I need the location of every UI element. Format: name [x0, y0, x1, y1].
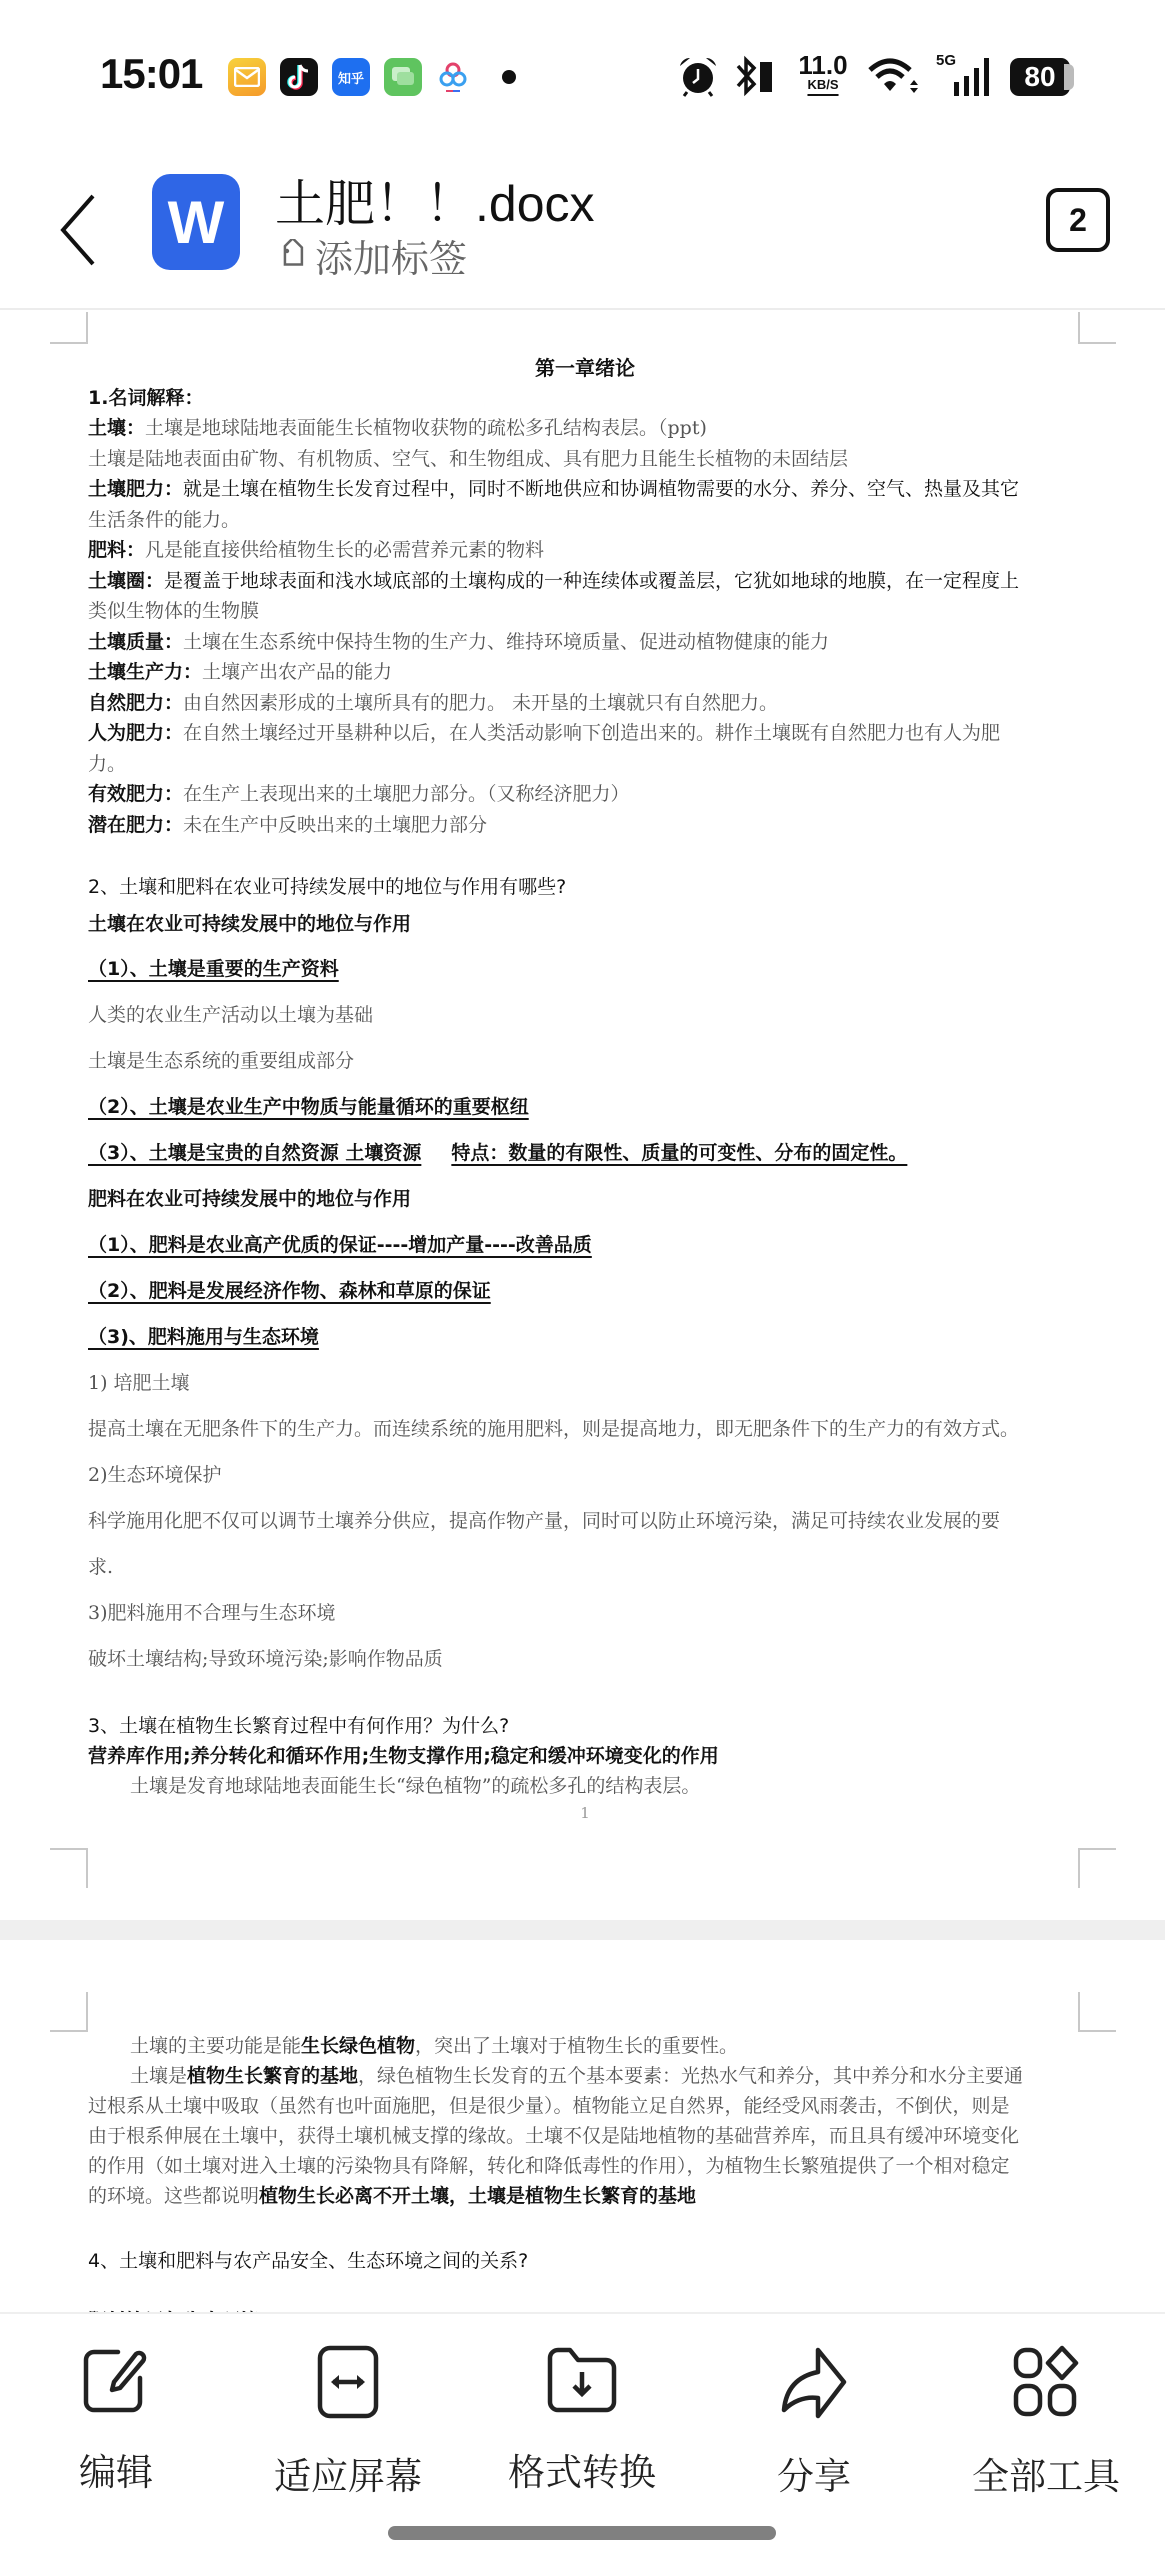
add-tag-label: 添加标签: [315, 228, 467, 283]
messages-app-icon: [384, 58, 422, 96]
paragraph: 破坏土壤结构;导致环境污染;影响作物品质: [88, 1648, 443, 1671]
fit-screen-icon: [315, 2344, 381, 2420]
paragraph: 过根系从土壤中吸取（虽然有也叶面施肥，但是很少量）。植物能立足自然界，能经受风雨…: [88, 2095, 1010, 2118]
share-label: 分享: [777, 2446, 851, 2500]
format-convert-button[interactable]: 格式转换: [482, 2344, 682, 2494]
alarm-icon: [676, 54, 720, 98]
page-corner-mark: [1078, 1992, 1116, 2032]
zhihu-app-icon: 知乎: [332, 58, 370, 96]
term-definition: 土壤：土壤是地球陆地表面能生长植物收获物的疏松多孔结构表层。（ppt): [88, 417, 707, 440]
point-heading: （2）、肥料是发展经济作物、森林和草原的保证: [88, 1280, 491, 1303]
document-page-1: 第一章绪论 1.名词解释： 土壤：土壤是地球陆地表面能生长植物收获物的疏松多孔结…: [0, 312, 1165, 1920]
term-definition: 土壤肥力：就是土壤在植物生长发育过程中，同时不断地供应和协调植物需要的水分、养分…: [88, 478, 1019, 501]
term-definition: 土壤圈：是覆盖于地球表面和浅水域底部的土壤构成的一种连续体或覆盖层，它犹如地球的…: [88, 570, 1019, 593]
paragraph: 的作用（如土壤对进入土壤的污染物具有降解，转化和降低毒性的作用），为植物生长繁殖…: [88, 2155, 1010, 2178]
home-indicator[interactable]: [388, 2526, 776, 2540]
paragraph: 人类的农业生产活动以土壤为基础: [88, 1004, 373, 1027]
all-tools-label: 全部工具: [972, 2446, 1120, 2500]
fit-screen-button[interactable]: 适应屏幕: [248, 2344, 448, 2494]
back-button[interactable]: [42, 180, 112, 280]
page-corner-mark: [50, 1848, 88, 1888]
all-tools-button[interactable]: 全部工具: [946, 2344, 1146, 2494]
app-header: W 土肥！！.docx 添加标签 2: [0, 150, 1165, 310]
all-tools-icon: [1010, 2344, 1082, 2420]
paragraph: 求.: [88, 1556, 113, 1579]
point-heading: （3)、肥料施用与生态环境: [88, 1326, 319, 1349]
question-heading: 3、土壤在植物生长繁育过程中有何作用？为什么?: [88, 1715, 509, 1738]
point-heading: （2）、土壤是农业生产中物质与能量循环的重要枢纽: [88, 1096, 529, 1119]
term-definition: 土壤是陆地表面由矿物、有机物质、空气、和生物组成、具有肥力且能生长植物的未固结层: [88, 448, 848, 471]
paragraph: 土壤是植物生长繁育的基地，绿色植物生长发育的五个基本要素：光热水气和养分，其中养…: [88, 2065, 1023, 2088]
bluetooth-icon: [732, 54, 778, 98]
format-convert-icon: [544, 2344, 620, 2416]
document-viewer[interactable]: 第一章绪论 1.名词解释： 土壤：土壤是地球陆地表面能生长植物收获物的疏松多孔结…: [0, 312, 1165, 2312]
tiktok-app-icon: [280, 58, 318, 96]
paragraph: 土壤的主要功能是能生长绿色植物，突出了土壤对于植物生长的重要性。: [88, 2035, 738, 2058]
wifi-icon: [866, 54, 922, 98]
document-page-2: 土壤的主要功能是能生长绿色植物，突出了土壤对于植物生长的重要性。 土壤是植物生长…: [0, 1940, 1165, 2312]
question-heading: 2、土壤和肥料在农业可持续发展中的地位与作用有哪些?: [88, 876, 566, 899]
page-corner-mark: [1078, 1848, 1116, 1888]
tag-icon: [275, 239, 309, 273]
mail-app-icon: [228, 58, 266, 96]
point-heading: （3）、土壤是宝贵的自然资源 土壤资源特点：数量的有限性、质量的可变性、分布的固…: [88, 1142, 907, 1165]
point-heading: （1）、土壤是重要的生产资料: [88, 958, 339, 981]
subsection-heading: 土壤在农业可持续发展中的地位与作用: [88, 913, 411, 936]
page-corner-mark: [1078, 312, 1116, 344]
add-tag-button[interactable]: 添加标签: [275, 228, 467, 283]
answer-line: 营养库作用;养分转化和循环作用;生物支撑作用;稳定和缓冲环境变化的作用: [88, 1745, 719, 1768]
page-corner-mark: [50, 312, 88, 344]
section-heading: 1.名词解释：: [88, 387, 203, 410]
term-definition: 有效肥力：在生产上表现出来的土壤肥力部分。（又称经济肥力）: [88, 783, 630, 806]
term-definition: 土壤质量：土壤在生态系统中保持生物的生产力、维持环境质量、促进动植物健康的能力: [88, 631, 829, 654]
page-corner-mark: [50, 1992, 88, 2032]
bottom-toolbar: 编辑 适应屏幕 格式转换 分享: [0, 2312, 1165, 2560]
paragraph: 科学施用化肥不仅可以调节土壤养分供应，提高作物产量，同时可以防止环境污染，满足可…: [88, 1510, 1000, 1533]
baidu-netdisk-app-icon: [434, 58, 472, 96]
battery-indicator: 80: [1010, 58, 1074, 96]
more-notifications-dot: [502, 70, 516, 84]
paragraph: 的环境。这些都说明植物生长必离不开土壤，土壤是植物生长繁育的基地: [88, 2185, 696, 2208]
edit-button[interactable]: 编辑: [16, 2344, 216, 2494]
format-convert-label: 格式转换: [508, 2442, 656, 2496]
network-speed: 11.0 KB/S: [796, 52, 850, 91]
tab-count-button[interactable]: 2: [1046, 188, 1110, 252]
edit-label: 编辑: [79, 2442, 153, 2496]
fit-screen-label: 适应屏幕: [274, 2446, 422, 2500]
document-title: 土肥！！.docx: [275, 164, 595, 236]
status-time: 15:01: [100, 50, 202, 98]
paragraph: 土壤是发育地球陆地表面能生长“绿色植物”的疏松多孔的结构表层。: [88, 1775, 700, 1798]
share-icon: [778, 2344, 850, 2420]
paragraph: 2)生态环境保护: [88, 1464, 222, 1487]
term-definition: 人为肥力：在自然土壤经过开垦耕种以后，在人类活动影响下创造出来的。耕作土壤既有自…: [88, 722, 1000, 745]
page-separator: [0, 1920, 1165, 1940]
share-button[interactable]: 分享: [714, 2344, 914, 2494]
term-definition: 生活条件的能力。: [88, 509, 240, 532]
edit-icon: [80, 2344, 152, 2416]
paragraph: 1) 培肥土壤: [88, 1372, 190, 1395]
point-heading: （1）、肥料是农业高产优质的保证----增加产量----改善品质: [88, 1234, 592, 1257]
paragraph: 土壤是生态系统的重要组成部分: [88, 1050, 354, 1073]
page-number: 1: [88, 1804, 1082, 1822]
paragraph: 3)肥料施用不合理与生态环境: [88, 1602, 336, 1625]
chapter-title: 第一章绪论: [88, 356, 1082, 380]
term-definition: 肥料：凡是能直接供给植物生长的必需营养元素的物料: [88, 539, 544, 562]
term-definition: 力。: [88, 753, 126, 776]
term-definition: 自然肥力：由自然因素形成的土壤所具有的肥力。 未开垦的土壤就只有自然肥力。: [88, 692, 778, 715]
term-definition: 类似生物体的生物膜: [88, 600, 259, 623]
term-definition: 土壤生产力：土壤产出农产品的能力: [88, 661, 392, 684]
question-heading: 4、土壤和肥料与农产品安全、生态环境之间的关系?: [88, 2250, 528, 2273]
signal-icon: [950, 54, 994, 100]
paragraph: 由于根系伸展在土壤中，获得土壤机械支撑的缘故。土壤不仅是陆地植物的基础营养库，而…: [88, 2125, 1019, 2148]
paragraph: 提高土壤在无肥条件下的生产力。而连续系统的施用肥料，则是提高地力，即无肥条件下的…: [88, 1418, 1019, 1441]
word-doc-icon: W: [152, 174, 240, 270]
chevron-left-icon: [57, 192, 97, 268]
status-bar: 15:01 知乎 11.0 KB/S 5G 80: [0, 0, 1165, 150]
subsection-heading: 肥料在农业可持续发展中的地位与作用: [88, 1188, 411, 1211]
term-definition: 潜在肥力：未在生产中反映出来的土壤肥力部分: [88, 814, 487, 837]
